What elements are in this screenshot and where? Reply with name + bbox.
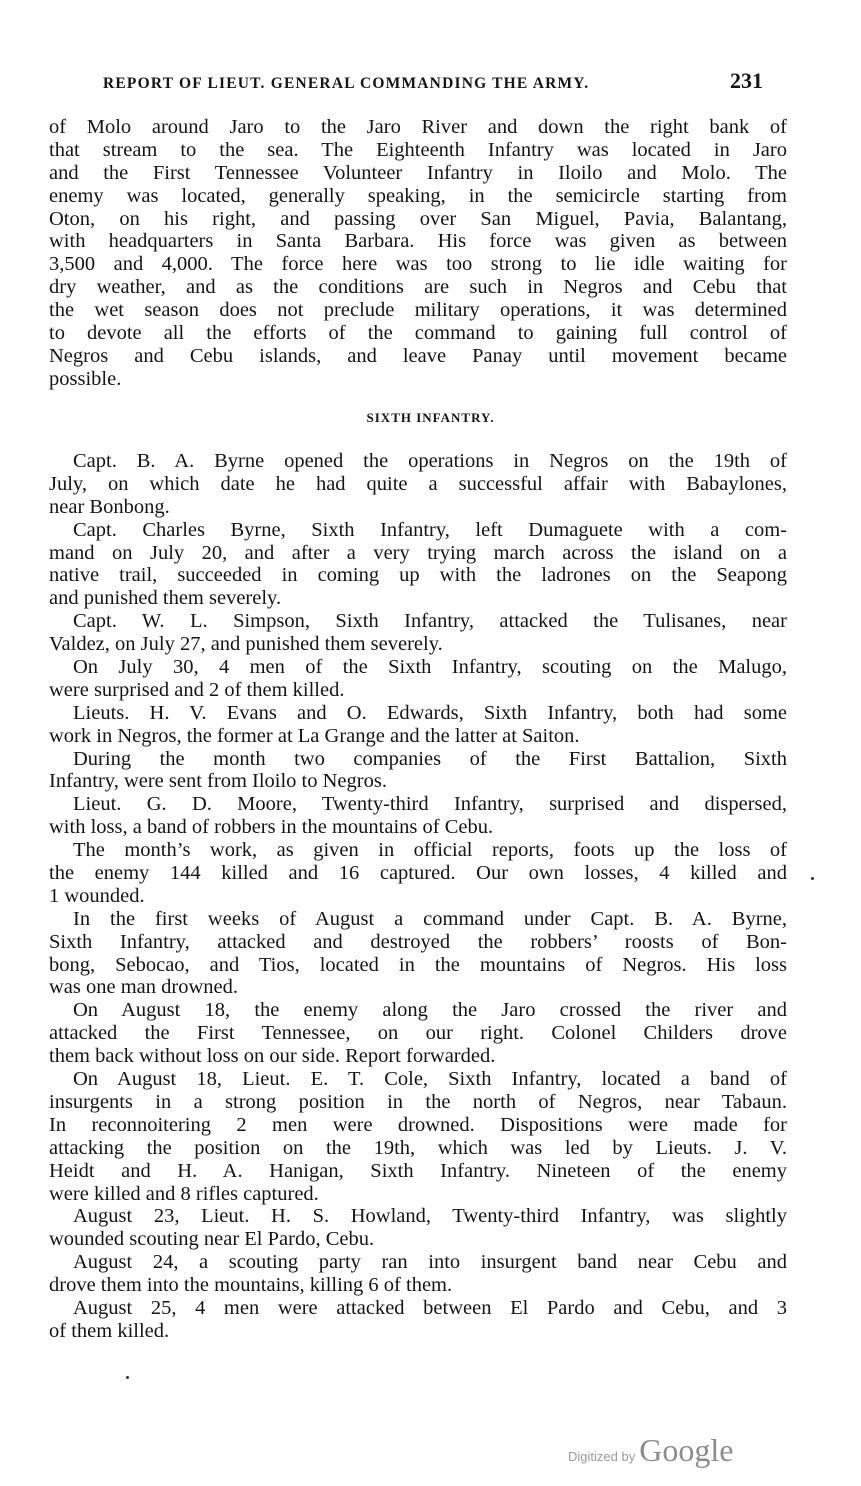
text-line: 3,500 and 4,000. The force here was too … [49,253,787,276]
text-line: enemy was located, generally speaking, i… [49,185,787,208]
text-line: wounded scouting near El Pardo, Cebu. [49,1228,787,1251]
watermark-prefix: Digitized by [568,1449,635,1464]
paragraph-first-line: The month’s work, as given in official r… [49,839,787,862]
paragraph-first-line: On August 18, the enemy along the Jaro c… [49,999,787,1022]
paragraph-first-line: August 25, 4 men were attacked between E… [49,1297,787,1320]
paragraph-first-line: During the month two companies of the Fi… [49,748,787,771]
text-line: In reconnoitering 2 men were drowned. Di… [49,1114,787,1137]
text-line: Sixth Infantry, attacked and destroyed t… [49,931,787,954]
text-line: Negros and Cebu islands, and leave Panay… [49,345,787,368]
paragraph-first-line: Capt. Charles Byrne, Sixth Infantry, lef… [49,519,787,542]
text-line: with loss, a band of robbers in the moun… [49,816,787,839]
text-line: insurgents in a strong position in the n… [49,1091,787,1114]
paragraph-first-line: Capt. W. L. Simpson, Sixth Infantry, att… [49,610,787,633]
text-line: the wet season does not preclude militar… [49,299,787,322]
text-line: Infantry, were sent from Iloilo to Negro… [49,770,787,793]
text-line: were surprised and 2 of them killed. [49,679,787,702]
text-line: dry weather, and as the conditions are s… [49,276,787,299]
paragraph-first-line: Lieut. G. D. Moore, Twenty-third Infantr… [49,793,787,816]
paragraph-first-line: Lieuts. H. V. Evans and O. Edwards, Sixt… [49,702,787,725]
section-body: Capt. B. A. Byrne opened the operations … [49,450,787,1343]
text-line: 1 wounded. [49,885,787,908]
text-line: attacking the position on the 19th, whic… [49,1137,787,1160]
paragraph-first-line: August 24, a scouting party ran into ins… [49,1251,787,1274]
paragraph-first-line: On July 30, 4 men of the Sixth Infantry,… [49,656,787,679]
digitized-watermark: Digitized by Google [568,1432,733,1469]
section-heading: SIXTH INFANTRY. [0,410,861,426]
text-line: of Molo around Jaro to the Jaro River an… [49,116,787,139]
paragraph-first-line: Capt. B. A. Byrne opened the operations … [49,450,787,473]
text-line: with headquarters in Santa Barbara. His … [49,230,787,253]
intro-paragraph: of Molo around Jaro to the Jaro River an… [49,116,787,391]
text-line: were killed and 8 rifles captured. [49,1183,787,1206]
scan-speck [811,877,814,880]
text-line: attacked the First Tennessee, on our rig… [49,1022,787,1045]
paragraph-first-line: August 23, Lieut. H. S. Howland, Twenty-… [49,1205,787,1228]
text-line: possible. [49,368,787,391]
text-line: and the First Tennessee Volunteer Infant… [49,162,787,185]
paragraph-first-line: In the first weeks of August a command u… [49,908,787,931]
running-head: REPORT OF LIEUT. GENERAL COMMANDING THE … [103,75,589,93]
text-line: near Bonbong. [49,496,787,519]
scan-speck [126,1376,129,1379]
text-line: them back without loss on our side. Repo… [49,1045,787,1068]
text-line: Oton, on his right, and passing over San… [49,208,787,231]
text-line: work in Negros, the former at La Grange … [49,725,787,748]
text-line: drove them into the mountains, killing 6… [49,1274,787,1297]
text-line: Valdez, on July 27, and punished them se… [49,633,787,656]
text-line: July, on which date he had quite a succe… [49,473,787,496]
text-line: that stream to the sea. The Eighteenth I… [49,139,787,162]
paragraph-first-line: On August 18, Lieut. E. T. Cole, Sixth I… [49,1068,787,1091]
text-line: native trail, succeeded in coming up wit… [49,564,787,587]
google-logo: Google [639,1432,733,1469]
text-line: Heidt and H. A. Hanigan, Sixth Infantry.… [49,1160,787,1183]
text-line: and punished them severely. [49,587,787,610]
page-header: REPORT OF LIEUT. GENERAL COMMANDING THE … [103,68,763,94]
text-line: mand on July 20, and after a very trying… [49,542,787,565]
text-line: the enemy 144 killed and 16 captured. Ou… [49,862,787,885]
text-line: to devote all the efforts of the command… [49,322,787,345]
text-line: was one man drowned. [49,976,787,999]
text-line: bong, Sebocao, and Tios, located in the … [49,954,787,977]
page-number: 231 [730,68,763,94]
text-line: of them killed. [49,1320,787,1343]
